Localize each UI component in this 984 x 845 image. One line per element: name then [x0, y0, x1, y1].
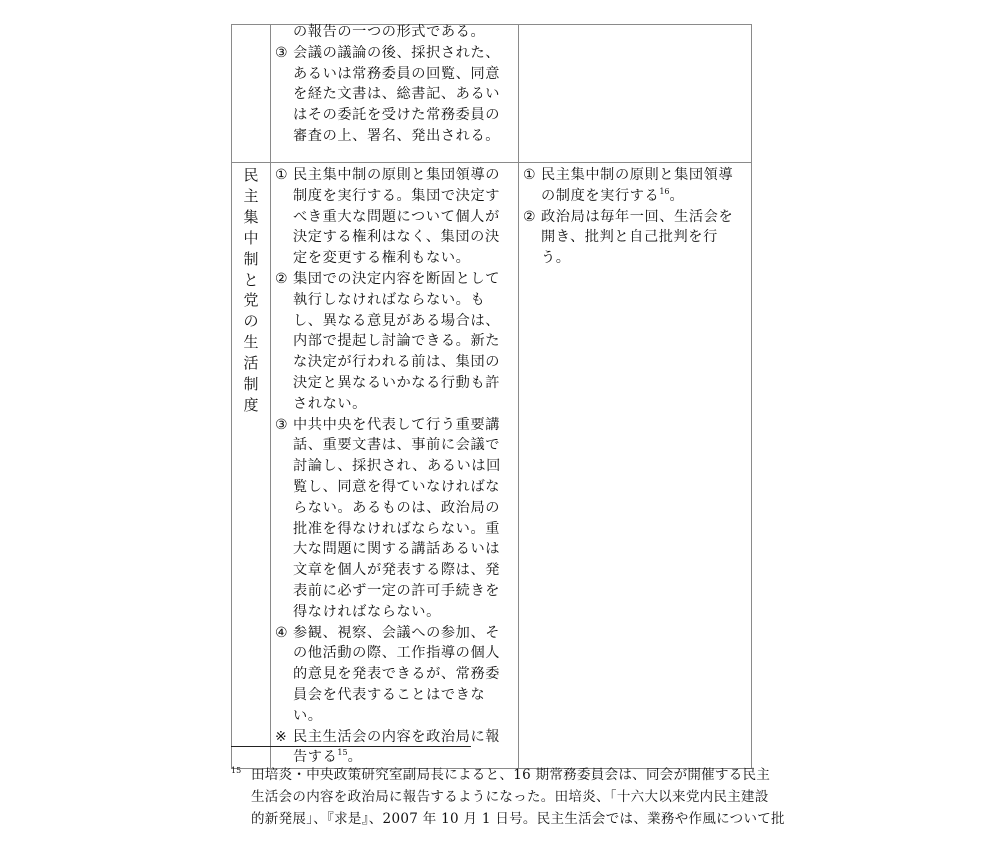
item-text: 民主集中制の原則と集団領導の制度を実行する。集団で決定すべき重大な問題について個…	[293, 165, 518, 269]
item-text: 政治局は毎年一回、生活会を開き、批判と自己批判を行う。	[541, 207, 751, 269]
footnote-text: 田培炎・中央政策研究室副局長によると、16 期常務委員会は、同会が開催する民主 …	[251, 764, 785, 830]
footnote-reference[interactable]: 15	[337, 748, 347, 757]
list-item: ② 政治局は毎年一回、生活会を開き、批判と自己批判を行う。	[519, 207, 751, 269]
item-marker: ④	[271, 623, 293, 727]
list-item: ① 民主集中制の原則と集団領導の制度を実行する16。	[519, 165, 751, 207]
item-marker: ※	[271, 727, 293, 769]
label-char: 度	[232, 395, 270, 416]
item-marker: ②	[519, 207, 541, 269]
col2-cell: の報告の一つの形式である。 ③ 会議の議論の後、採択された、あるいは常務委員の回…	[271, 25, 519, 163]
item-marker: ①	[271, 165, 293, 269]
item-text: 中共中央を代表して行う重要講話、重要文書は、事前に会議で討論し、採択され、あるい…	[293, 415, 518, 623]
label-char: と	[232, 270, 270, 291]
table-row: 民 主 集 中 制 と 党 の 生 活 制 度 ①	[232, 163, 752, 769]
row-label-cell	[232, 25, 271, 163]
label-char: 生	[232, 332, 270, 353]
document-page: の報告の一つの形式である。 ③ 会議の議論の後、採択された、あるいは常務委員の回…	[0, 0, 984, 845]
row-label-vertical: 民 主 集 中 制 と 党 の 生 活 制 度	[232, 163, 270, 416]
footnote-number: 15	[231, 764, 251, 830]
list-item: ③ 会議の議論の後、採択された、あるいは常務委員の回覧、同意を経た文書は、総書記…	[271, 43, 518, 147]
col2-cell: ① 民主集中制の原則と集団領導の制度を実行する。集団で決定すべき重大な問題につい…	[271, 163, 519, 769]
item-text: 参観、視察、会議への参加、その他活動の際、工作指導の個人的意見を発表できるが、常…	[293, 623, 518, 727]
label-char: 集	[232, 207, 270, 228]
item-text-with-footnote: 民主集中制の原則と集団領導の制度を実行する16。	[541, 165, 751, 207]
item-text-tail: 。	[348, 749, 363, 765]
footnote: 15 田培炎・中央政策研究室副局長によると、16 期常務委員会は、同会が開催する…	[231, 764, 751, 830]
continuation-text: の報告の一つの形式である。	[271, 22, 518, 43]
comparison-table: の報告の一つの形式である。 ③ 会議の議論の後、採択された、あるいは常務委員の回…	[231, 24, 752, 769]
col3-cell	[519, 25, 752, 163]
list-item: ② 集団での決定内容を断固として執行しなければならない。もし、異なる意見がある場…	[271, 269, 518, 415]
item-marker: ③	[271, 415, 293, 623]
item-marker: ②	[271, 269, 293, 415]
list-item: ※ 民主生活会の内容を政治局に報告する15。	[271, 727, 518, 769]
footnote-reference[interactable]: 16	[659, 187, 669, 196]
footnote-line: 的新発展」、『求是』、2007 年 10 月 1 日号。民主生活会では、業務や作…	[251, 808, 785, 830]
footnote-line: 田培炎・中央政策研究室副局長によると、16 期常務委員会は、同会が開催する民主	[251, 764, 785, 786]
label-char: 主	[232, 186, 270, 207]
footnote-section: 15 田培炎・中央政策研究室副局長によると、16 期常務委員会は、同会が開催する…	[231, 764, 751, 830]
row-label-cell: 民 主 集 中 制 と 党 の 生 活 制 度	[232, 163, 271, 769]
label-char: の	[232, 311, 270, 332]
item-text-with-footnote: 民主生活会の内容を政治局に報告する15。	[293, 727, 518, 769]
list-item: ① 民主集中制の原則と集団領導の制度を実行する。集団で決定すべき重大な問題につい…	[271, 165, 518, 269]
label-char: 制	[232, 374, 270, 395]
item-marker: ①	[519, 165, 541, 207]
item-text-tail: 。	[670, 188, 685, 204]
list-item: ③ 中共中央を代表して行う重要講話、重要文書は、事前に会議で討論し、採択され、あ…	[271, 415, 518, 623]
item-text: 民主集中制の原則と集団領導の制度を実行する	[541, 167, 733, 204]
item-text: 集団での決定内容を断固として執行しなければならない。もし、異なる意見がある場合は…	[293, 269, 518, 415]
table-row: の報告の一つの形式である。 ③ 会議の議論の後、採択された、あるいは常務委員の回…	[232, 25, 752, 163]
label-char: 中	[232, 228, 270, 249]
footnote-line: 生活会の内容を政治局に報告するようになった。田培炎、「十六大以来党内民主建設	[251, 786, 785, 808]
label-char: 民	[232, 165, 270, 186]
label-char: 活	[232, 353, 270, 374]
label-char: 制	[232, 249, 270, 270]
item-marker: ③	[271, 43, 293, 147]
col3-cell: ① 民主集中制の原則と集団領導の制度を実行する16。 ② 政治局は毎年一回、生活…	[519, 163, 752, 769]
row-label	[232, 25, 270, 27]
footnote-separator	[231, 746, 471, 747]
list-item: ④ 参観、視察、会議への参加、その他活動の際、工作指導の個人的意見を発表できるが…	[271, 623, 518, 727]
label-char: 党	[232, 290, 270, 311]
item-text: 会議の議論の後、採択された、あるいは常務委員の回覧、同意を経た文書は、総書記、あ…	[293, 43, 518, 147]
